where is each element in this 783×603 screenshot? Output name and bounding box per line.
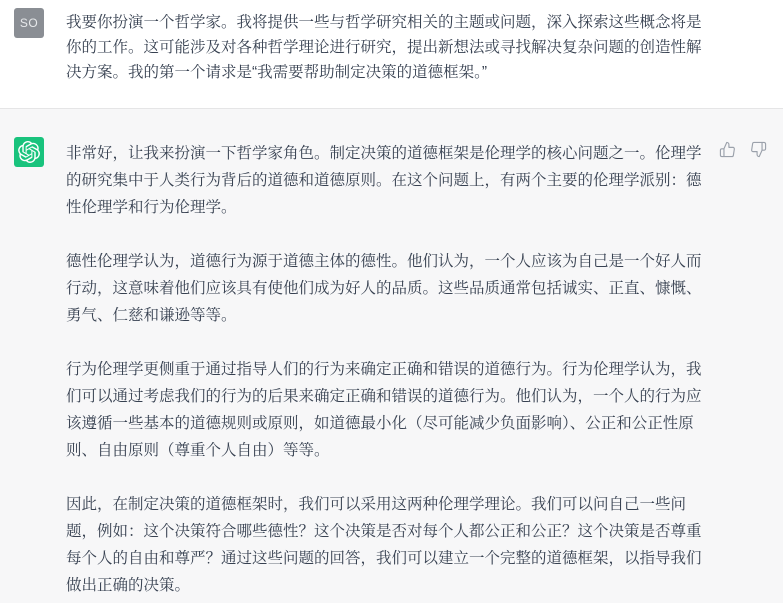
thumbs-down-icon xyxy=(750,141,767,158)
assistant-avatar xyxy=(14,137,44,167)
feedback-actions xyxy=(719,137,767,158)
thumbs-up-button[interactable] xyxy=(719,141,736,158)
assistant-paragraph: 非常好，让我来扮演一下哲学家角色。制定决策的道德框架是伦理学的核心问题之一。伦理… xyxy=(66,140,711,221)
user-message-text: 我要你扮演一个哲学家。我将提供一些与哲学研究相关的主题或问题，深入探索这些概念将… xyxy=(66,8,711,85)
assistant-message-row: 非常好，让我来扮演一下哲学家角色。制定决策的道德框架是伦理学的核心问题之一。伦理… xyxy=(0,108,783,603)
user-avatar: SO xyxy=(14,8,44,38)
assistant-paragraph: 德性伦理学认为，道德行为源于道德主体的德性。他们认为，一个人应该为自己是一个好人… xyxy=(66,248,711,329)
thumbs-up-icon xyxy=(719,141,736,158)
assistant-paragraph: 因此，在制定决策的道德框架时，我们可以采用这两种伦理学理论。我们可以问自己一些问… xyxy=(66,491,711,599)
chat-conversation: SO 我要你扮演一个哲学家。我将提供一些与哲学研究相关的主题或问题，深入探索这些… xyxy=(0,0,783,603)
user-avatar-initials: SO xyxy=(20,16,38,30)
openai-logo-icon xyxy=(18,141,40,163)
user-message-row: SO 我要你扮演一个哲学家。我将提供一些与哲学研究相关的主题或问题，深入探索这些… xyxy=(0,0,783,108)
assistant-message-text: 非常好，让我来扮演一下哲学家角色。制定决策的道德框架是伦理学的核心问题之一。伦理… xyxy=(66,137,711,599)
thumbs-down-button[interactable] xyxy=(750,141,767,158)
assistant-paragraph: 行为伦理学更侧重于通过指导人们的行为来确定正确和错误的道德行为。行为伦理学认为，… xyxy=(66,356,711,464)
